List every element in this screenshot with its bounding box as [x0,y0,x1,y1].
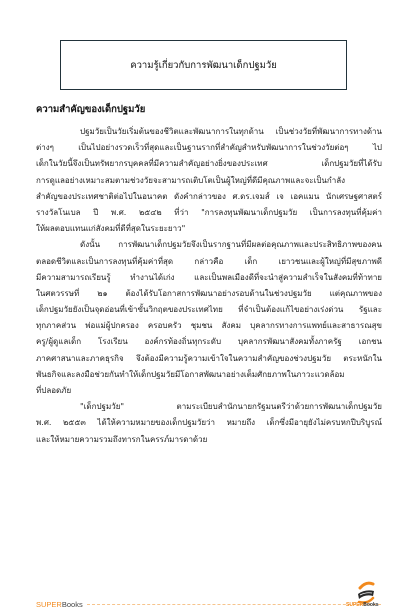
paragraph-line: ให้ผลตอบแทนแก่สังคมที่ดีที่สุดในระยะยาว" [36,221,382,237]
paragraph-line: ทุกภาคส่วน พ่อแม่ผู้ปกครอง ครอบครัว ชุมช… [36,318,382,334]
page-title: ความรู้เกี่ยวกับการพัฒนาเด็กปฐมวัย [130,58,277,73]
paragraph-line: ตลอดชีวิตและเป็นการลงทุนที่คุ้มค่าที่สุด… [36,254,382,270]
paragraph-line: การดูแลอย่างเหมาะสมตามช่วงวัยจะสามารถเติ… [36,173,382,189]
paragraph-line: พันธกิจและลงมือช่วยกันทำให้เด็กปฐมวัยมีโ… [36,367,382,383]
logo-super-text: SUPER [346,602,363,608]
paragraph-line: ต่างๆ เป็นไปอย่างรวดเร็วที่สุดและเป็นฐาน… [36,140,382,156]
superbooks-logo: SUPERBooks [346,580,386,612]
paragraph-line: สำคัญของประเทศชาติต่อไปในอนาคต ดังคำกล่า… [36,189,382,205]
title-box: ความรู้เกี่ยวกับการพัฒนาเด็กปฐมวัย [60,40,347,90]
paragraph-line: รางวัลโนเบล ปี พ.ศ. ๒๕๔๒ ที่ว่า "การลงทุ… [36,205,382,221]
book-swoosh-icon [346,580,386,604]
paragraph-line: ภาคศาสนาและภาคธุรกิจ จึงต้องมีความรู้ควา… [36,351,382,367]
body-text: ปฐมวัยเป็นวัยเริ่มต้นของชีวิตและพัฒนาการ… [36,124,382,448]
footer-brand: SUPERBooks [36,600,83,609]
paragraph-line: ที่ปลอดภัย [36,383,382,399]
paragraph-line: ครู/ผู้ดูแลเด็ก โรงเรียน องค์กรท้องถิ่นท… [36,334,382,350]
paragraph-line: พ.ศ. ๒๕๕๓ ได้ให้ความหมายของเด็กปฐมวัยว่า… [36,415,382,431]
paragraph-line: ดังนั้น การพัฒนาเด็กปฐมวัยจึงเป็นรากฐานท… [36,237,382,253]
paragraph-line: เด็กปฐมวัยยังเป็นจุดอ่อนที่เข้าขั้นวิกฤต… [36,302,382,318]
paragraph-line: มีความสามารถเรียนรู้ ทำงานได้เก่ง และเป็… [36,270,382,286]
footer-dashed-rule [87,604,381,605]
brand-books-text: Books [62,600,83,609]
paragraph-line: ในศตวรรษที่ ๒๑ ต้องได้รับโอกาสการพัฒนาอย… [36,286,382,302]
brand-super-text: SUPER [36,600,62,609]
logo-text: SUPERBooks [346,602,379,608]
paragraph-line: และให้หมายความรวมถึงทารกในครรภ์มารดาด้วย [36,432,382,448]
section-heading: ความสำคัญของเด็กปฐมวัย [36,102,145,117]
paragraph-line: เด็กในวัยนี้จึงเป็นทรัพยากรบุคคลที่มีควา… [36,156,382,172]
paragraph-line: ปฐมวัยเป็นวัยเริ่มต้นของชีวิตและพัฒนาการ… [36,124,382,140]
logo-books-text: Books [363,602,378,608]
paragraph-line: "เด็กปฐมวัย" ตามระเบียบสำนักนายกรัฐมนตรี… [36,399,382,415]
footer: SUPERBooks [36,598,381,610]
